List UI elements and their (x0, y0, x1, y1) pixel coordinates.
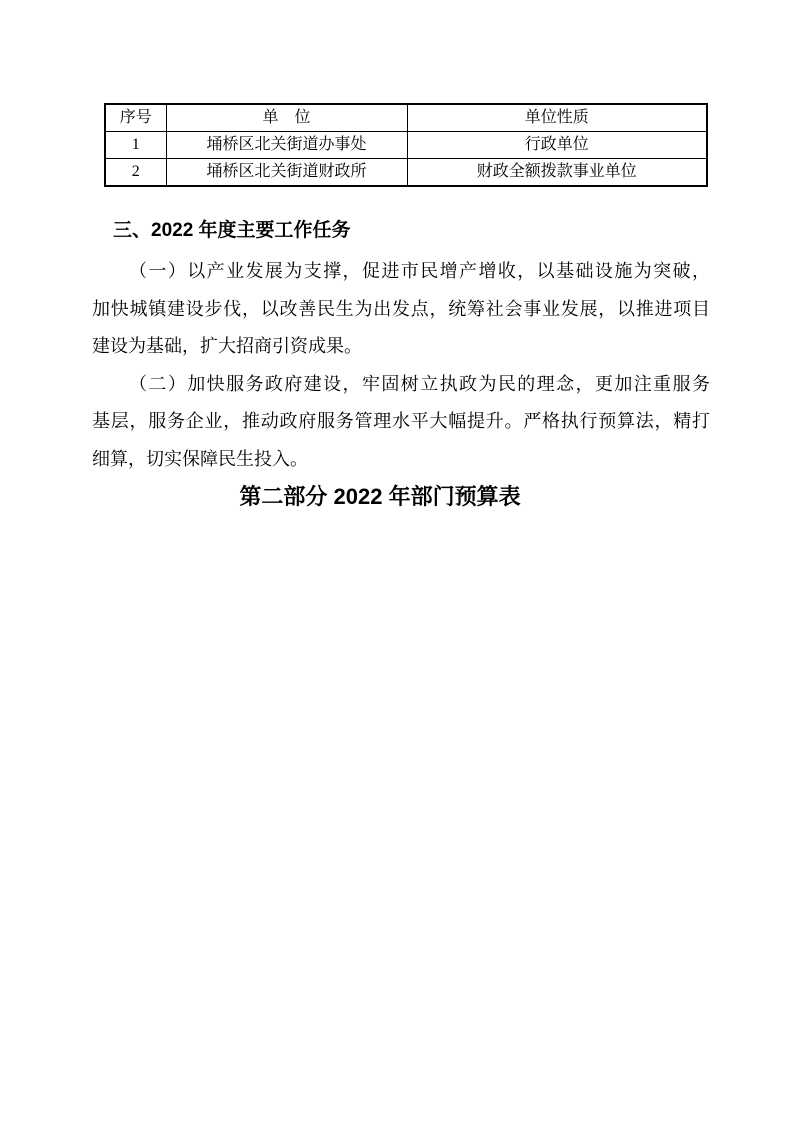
paragraph: （二）加快服务政府建设，牢固树立执政为民的理念，更加注重服务 基层，服务企业，推… (92, 366, 710, 479)
paragraph: （一）以产业发展为支撑，促进市民增产增收，以基础设施为突破， 加快城镇建设步伐，… (92, 253, 710, 366)
section-body: （一）以产业发展为支撑，促进市民增产增收，以基础设施为突破， 加快城镇建设步伐，… (92, 253, 710, 478)
cell-index: 2 (105, 159, 166, 187)
cell-nature: 财政全额拨款事业单位 (407, 159, 707, 187)
paragraph-line: 加快城镇建设步伐，以改善民生为出发点，统筹社会事业发展，以推进项目 (92, 291, 710, 329)
cell-nature: 行政单位 (407, 132, 707, 159)
cell-index: 1 (105, 132, 166, 159)
column-header-unit: 单 位 (166, 104, 407, 132)
section-heading: 三、2022 年度主要工作任务 (113, 217, 713, 245)
paragraph-line: 细算，切实保障民生投入。 (92, 441, 710, 479)
cell-unit: 埇桥区北关街道办事处 (166, 132, 407, 159)
cell-unit: 埇桥区北关街道财政所 (166, 159, 407, 187)
paragraph-line: 基层，服务企业，推动政府服务管理水平大幅提升。严格执行预算法，精打 (92, 403, 710, 441)
paragraph-line: （二）加快服务政府建设，牢固树立执政为民的理念，更加注重服务 (92, 366, 710, 404)
table-row: 2 埇桥区北关街道财政所 财政全额拨款事业单位 (105, 159, 707, 187)
table-row: 1 埇桥区北关街道办事处 行政单位 (105, 132, 707, 159)
paragraph-line: （一）以产业发展为支撑，促进市民增产增收，以基础设施为突破， (92, 253, 710, 291)
part-two-title: 第二部分 2022 年部门预算表 (71, 481, 689, 513)
document-page: 序号 单 位 单位性质 1 埇桥区北关街道办事处 行政单位 2 埇桥区北关街道财… (0, 0, 793, 1122)
paragraph-line: 建设为基础，扩大招商引资成果。 (92, 328, 710, 366)
column-header-index: 序号 (105, 104, 166, 132)
units-table: 序号 单 位 单位性质 1 埇桥区北关街道办事处 行政单位 2 埇桥区北关街道财… (104, 103, 708, 187)
table-header-row: 序号 单 位 单位性质 (105, 104, 707, 132)
column-header-nature: 单位性质 (407, 104, 707, 132)
